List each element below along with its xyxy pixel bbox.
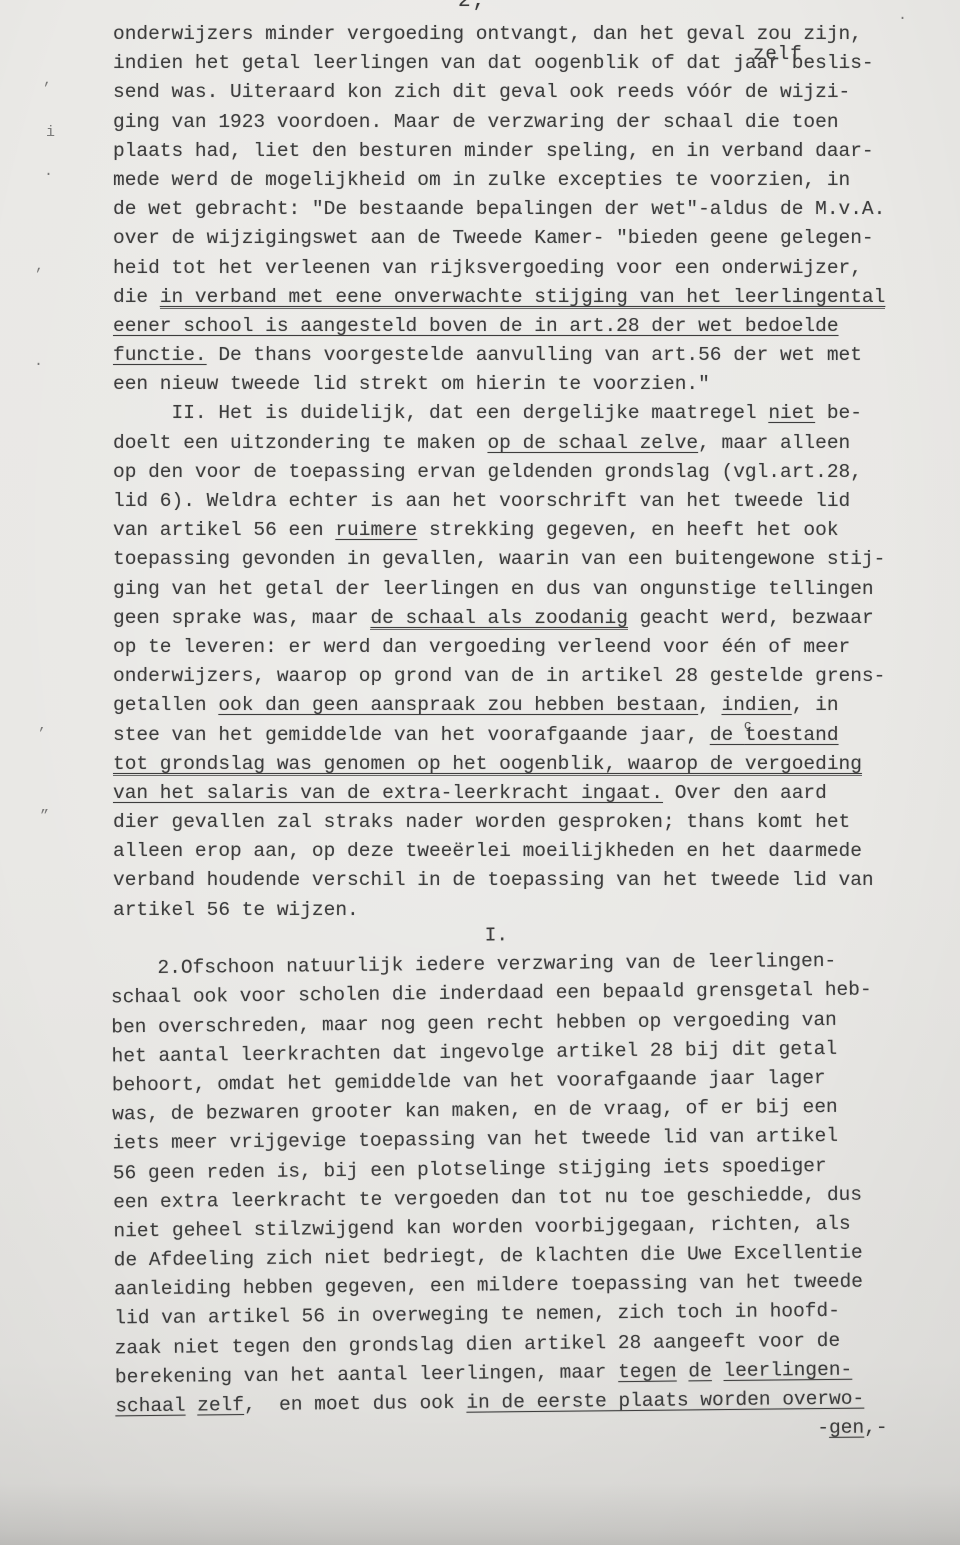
text-line: van artikel 56 een ruimere strekking geg… bbox=[113, 516, 885, 545]
underlined-text: de bbox=[688, 1360, 712, 1382]
text-line: indien het getal leerlingen van dat ooge… bbox=[113, 49, 885, 78]
text-run: De thans voorgestelde aanvulling van art… bbox=[207, 344, 862, 366]
text-line: lid 6). Weldra echter is aan het voorsch… bbox=[113, 487, 885, 516]
text-line: die in verband met eene onverwachte stij… bbox=[113, 283, 885, 312]
text-run: die bbox=[113, 286, 160, 308]
underlined-text: gen bbox=[829, 1417, 864, 1439]
text-line: ging van het getal der leerlingen en dus… bbox=[113, 575, 885, 604]
text-run: ,- bbox=[864, 1416, 888, 1438]
text-line: onderwijzers, waarop op grond van de in … bbox=[113, 662, 885, 691]
margin-mark: ’ bbox=[37, 726, 46, 743]
text-line: tot grondslag was genomen op het oogenbl… bbox=[113, 750, 885, 779]
text-run: plaats had, liet den besturen minder spe… bbox=[113, 140, 874, 162]
text-run: send was. Uiteraard kon zich dit geval o… bbox=[113, 81, 850, 103]
text-run: ging van het getal der leerlingen en dus… bbox=[113, 578, 874, 600]
text-run: mede werd de mogelijkheid om in zulke ex… bbox=[113, 169, 850, 191]
text-run: stee van het gemiddelde van het voorafga… bbox=[113, 724, 710, 746]
margin-mark: , bbox=[35, 258, 44, 275]
text-line: van het salaris van de extra-leerkracht … bbox=[113, 779, 885, 808]
text-run: een nieuw tweede lid strekt om hierin te… bbox=[113, 373, 710, 395]
text-run: onderwijzers minder vergoeding ontvangt,… bbox=[113, 23, 862, 45]
text-run: indien het getal leerlingen van dat ooge… bbox=[113, 52, 874, 74]
text-line: een nieuw tweede lid strekt om hierin te… bbox=[113, 370, 885, 399]
text-run: verband houdende verschil in de toepassi… bbox=[113, 869, 874, 891]
underlined-text: toestand bbox=[745, 724, 839, 746]
text-line: functie. De thans voorgestelde aanvullin… bbox=[113, 341, 885, 370]
text-run: schaal ook voor scholen die inderdaad ee… bbox=[111, 979, 872, 1009]
margin-mark: · bbox=[34, 356, 43, 373]
text-run bbox=[712, 1360, 724, 1382]
text-run: was, de bezwaren grooter kan maken, en d… bbox=[112, 1096, 838, 1126]
underlined-text: in de eerste plaats worden overwo- bbox=[466, 1387, 864, 1413]
text-run: onderwijzers, waarop op grond van de in … bbox=[113, 665, 885, 687]
text-run: be- bbox=[815, 402, 862, 424]
text-line: onderwijzers minder vergoeding ontvangt,… bbox=[113, 20, 885, 49]
text-line: heid tot het verleenen van rijksvergoedi… bbox=[113, 254, 885, 283]
text-run: Over den aard bbox=[663, 782, 827, 804]
text-run: , bbox=[698, 694, 721, 716]
text-run: geacht werd, bezwaar bbox=[628, 607, 874, 629]
underlined-text: eener school is aangesteld boven de in a… bbox=[113, 315, 839, 337]
section-part-intro: onderwijzers minder vergoeding ontvangt,… bbox=[113, 20, 885, 925]
text-run: , maar alleen bbox=[698, 432, 850, 454]
document-body: onderwijzers minder vergoeding ontvangt,… bbox=[113, 20, 885, 1450]
text-line: de wet gebracht: "De bestaande bepalinge… bbox=[113, 195, 885, 224]
underlined-text: in verband met eene onverwachte stijging… bbox=[160, 286, 886, 309]
text-run: het aantal leerkrachten dat ingevolge ar… bbox=[112, 1037, 838, 1067]
text-run: op den voor de toepassing ervan geldende… bbox=[113, 461, 862, 483]
text-run: 56 geen reden is, bij een plotselinge st… bbox=[113, 1154, 827, 1183]
text-run: artikel 56 te wijzen. bbox=[113, 899, 359, 921]
section-part-one: I. 2.Ofschoon natuurlijk iedere verzwari… bbox=[110, 917, 887, 1450]
text-line: II. Het is duidelijk, dat een dergelijke… bbox=[113, 399, 885, 428]
text-run: ging van 1923 voordoen. Maar de verzwari… bbox=[113, 111, 839, 133]
text-run: alleen erop aan, op deze tweeërlei moeil… bbox=[113, 840, 862, 862]
text-run: de wet gebracht: "De bestaande bepalinge… bbox=[113, 198, 885, 220]
underlined-text: van het salaris van de extra-leerkracht … bbox=[113, 782, 663, 804]
underlined-text: indien bbox=[722, 694, 792, 716]
text-run: I. bbox=[485, 924, 509, 946]
underlined-text: ruimere bbox=[335, 519, 417, 541]
text-run: niet geheel stilzwijgend kan worden voor… bbox=[113, 1212, 850, 1242]
text-line: mede werd de mogelijkheid om in zulke ex… bbox=[113, 166, 885, 195]
text-run: van artikel 56 een bbox=[113, 519, 335, 541]
text-run: 2.Ofschoon natuurlijk iedere verzwaring … bbox=[111, 950, 837, 980]
text-run: een extra leerkracht te vergoeden dan to… bbox=[113, 1183, 862, 1213]
margin-mark: · bbox=[44, 166, 53, 183]
text-line: plaats had, liet den besturen minder spe… bbox=[113, 137, 885, 166]
text-run: berekening van het aantal leerlingen, ma… bbox=[115, 1361, 618, 1388]
text-run: over de wijzigingswet aan de Tweede Kame… bbox=[113, 227, 874, 249]
underlined-text: ook dan geen aanspraak zou hebben bestaa… bbox=[218, 694, 698, 716]
text-run: iets meer vrijgevige toepassing van het … bbox=[112, 1125, 838, 1155]
text-run: , in bbox=[792, 694, 839, 716]
text-line: eener school is aangesteld boven de in a… bbox=[113, 312, 885, 341]
text-run: op te leveren: er werd dan vergoeding ve… bbox=[113, 636, 850, 658]
underlined-text: de schaal als zoodanig bbox=[370, 607, 627, 630]
text-run: II. Het is duidelijk, dat een dergelijke… bbox=[113, 402, 768, 424]
text-line: getallen ook dan geen aanspraak zou hebb… bbox=[113, 691, 885, 720]
text-line: toepassing gevonden in gevallen, waarin … bbox=[113, 545, 885, 574]
document-page: { "page": { "number": "2," }, "document"… bbox=[0, 0, 960, 1545]
underlined-text: tegen bbox=[618, 1360, 677, 1383]
text-run: toepassing gevonden in gevallen, waarin … bbox=[113, 548, 885, 570]
text-run: dier gevallen zal straks nader worden ge… bbox=[113, 811, 850, 833]
text-run: de Afdeeling zich niet bedriegt, de klac… bbox=[114, 1241, 863, 1271]
text-line: op te leveren: er werd dan vergoeding ve… bbox=[113, 633, 885, 662]
margin-mark: · bbox=[898, 10, 907, 27]
text-line: send was. Uiteraard kon zich dit geval o… bbox=[113, 78, 885, 107]
text-run: behoort, omdat het gemiddelde van het vo… bbox=[112, 1067, 826, 1096]
page-number: 2, bbox=[458, 0, 487, 13]
margin-mark: ” bbox=[40, 808, 49, 825]
text-line: ging van 1923 voordoen. Maar de verzwari… bbox=[113, 108, 885, 137]
text-run: lid 6). Weldra echter is aan het voorsch… bbox=[113, 490, 850, 512]
underlined-text: niet bbox=[768, 402, 815, 424]
text-run: ben overschreden, maar nog geen recht he… bbox=[111, 1008, 837, 1038]
underlined-text: schaal bbox=[115, 1394, 185, 1417]
margin-mark: , bbox=[43, 72, 52, 89]
text-line: over de wijzigingswet aan de Tweede Kame… bbox=[113, 224, 885, 253]
text-line: doelt een uitzondering te maken op de sc… bbox=[113, 429, 885, 458]
underlined-text: functie. bbox=[113, 344, 207, 366]
text-run: getallen bbox=[113, 694, 218, 716]
text-line: verband houdende verschil in de toepassi… bbox=[113, 866, 885, 895]
text-run: zaak niet tegen den grondslag dien artik… bbox=[115, 1329, 841, 1359]
text-run bbox=[677, 1360, 689, 1382]
underlined-text: leerlingen- bbox=[723, 1358, 852, 1381]
text-run: aanleiding hebben gegeven, een mildere t… bbox=[114, 1271, 863, 1301]
text-run: lid van artikel 56 in overweging te neme… bbox=[114, 1300, 840, 1330]
text-line: stee van het gemiddelde van het voorafga… bbox=[113, 721, 885, 750]
underlined-text: de bbox=[710, 724, 745, 746]
text-run bbox=[185, 1394, 197, 1416]
text-line: geen sprake was, maar de schaal als zood… bbox=[113, 604, 885, 633]
text-run: - bbox=[817, 1417, 829, 1439]
text-line: dier gevallen zal straks nader worden ge… bbox=[113, 808, 885, 837]
text-run: doelt een uitzondering te maken bbox=[113, 432, 487, 454]
text-run: heid tot het verleenen van rijksvergoedi… bbox=[113, 257, 862, 279]
text-run: strekking gegeven, en heeft het ook bbox=[417, 519, 838, 541]
underlined-text: tot grondslag was genomen op het oogenbl… bbox=[113, 753, 862, 776]
text-line: op den voor de toepassing ervan geldende… bbox=[113, 458, 885, 487]
paper-sheet: 2, onderwijzers minder vergoeding ontvan… bbox=[0, 0, 960, 1545]
margin-mark: i bbox=[46, 124, 55, 141]
text-run: geen sprake was, maar bbox=[113, 607, 370, 629]
underlined-text: zelf bbox=[197, 1394, 244, 1416]
text-run: , en moet dus ook bbox=[244, 1392, 467, 1416]
text-line: alleen erop aan, op deze tweeërlei moeil… bbox=[113, 837, 885, 866]
underlined-text: op de schaal zelve bbox=[487, 432, 698, 454]
